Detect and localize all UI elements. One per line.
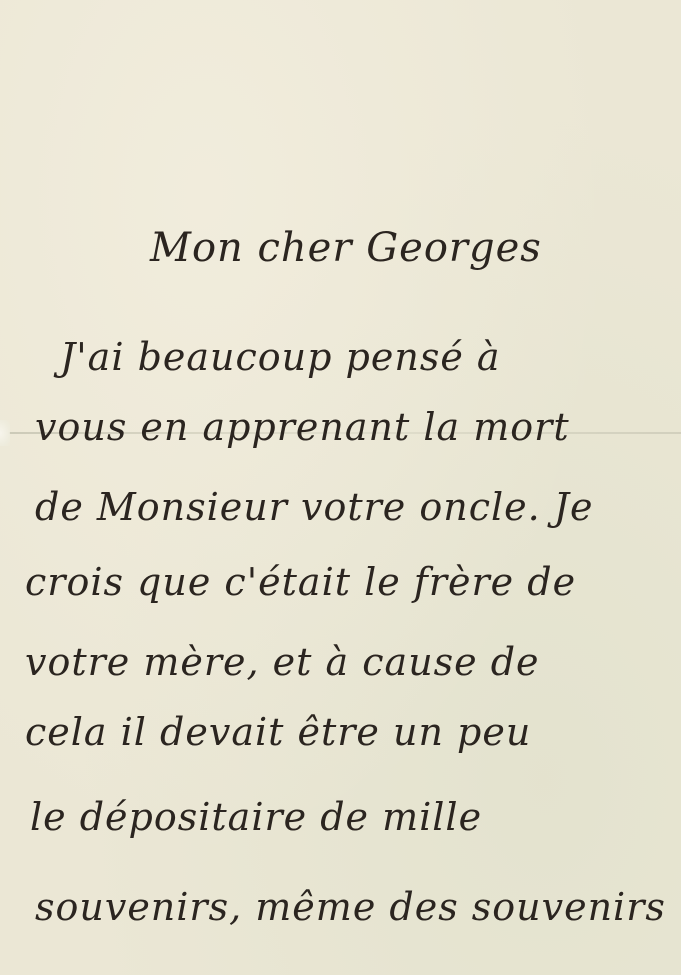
letter-line-5: votre mère, et à cause de [25, 640, 540, 684]
paper-edge-notch [0, 420, 10, 446]
letter-line-3: de Monsieur votre oncle. Je [35, 485, 594, 529]
letter-line-8: souvenirs, même des souvenirs [35, 885, 666, 929]
letter-page: Mon cher Georges J'ai beaucoup pensé à v… [0, 0, 681, 975]
letter-salutation: Mon cher Georges [150, 225, 542, 271]
letter-line-7: le dépositaire de mille [30, 795, 482, 839]
letter-line-6: cela il devait être un peu [25, 710, 531, 754]
letter-line-4: crois que c'était le frère de [25, 560, 576, 604]
letter-line-2: vous en apprenant la mort [35, 405, 570, 449]
letter-line-1: J'ai beaucoup pensé à [60, 335, 501, 379]
